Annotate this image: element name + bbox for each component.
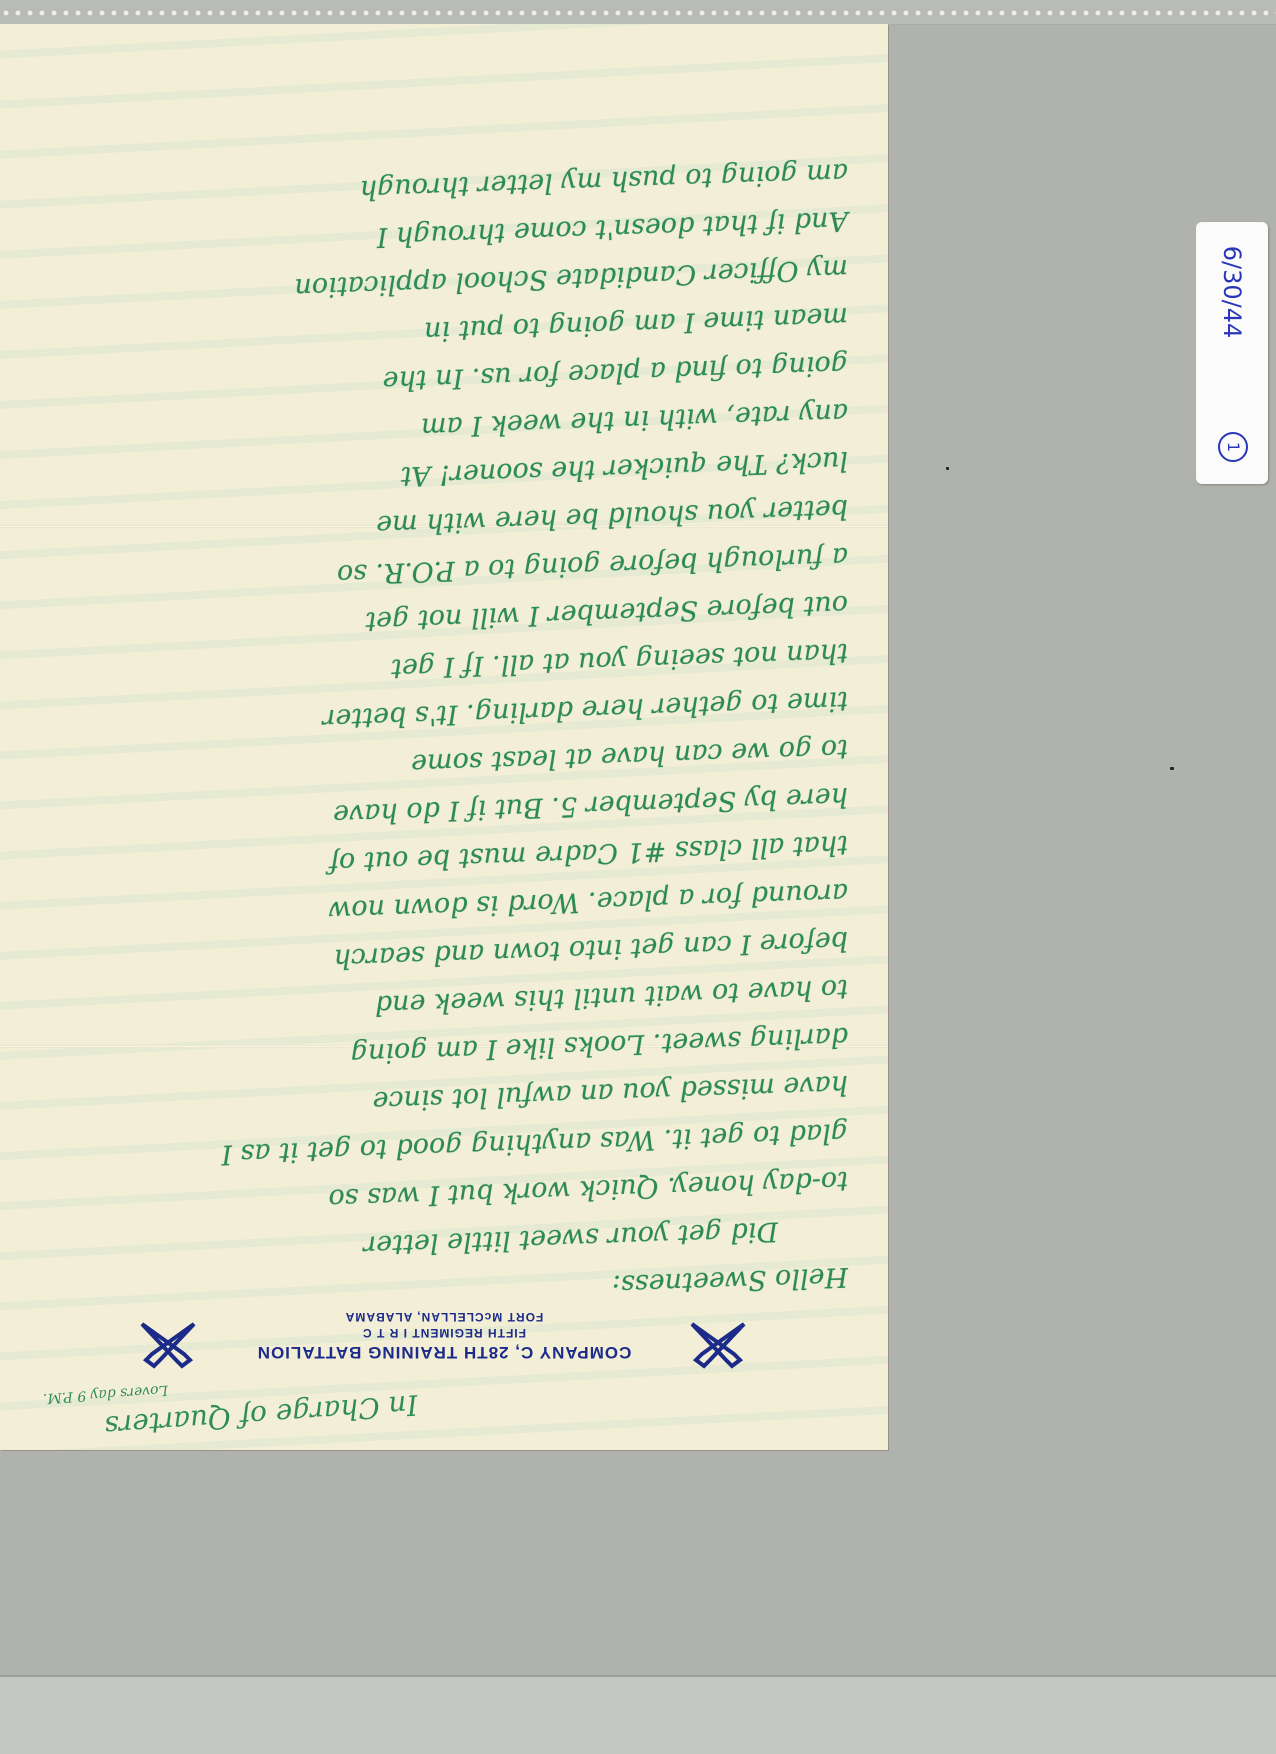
scanner-bottom-strip [0,1675,1276,1754]
upside-down-letter-content: In Charge of Quarters Lovers day 9 P.M. … [0,24,888,1450]
scan-dust-speck [946,467,949,470]
letterhead-regiment: FIFTH REGIMENT I R T C [0,1326,888,1340]
letterhead-company: COMPANY C, 28TH TRAINING BATTALION [0,1342,888,1362]
letter-page: In Charge of Quarters Lovers day 9 P.M. … [0,24,888,1450]
crossed-rifles-icon [136,1318,200,1374]
archive-date-label: 6/30/44 1 [1196,222,1268,484]
scanner-top-strip [0,0,1276,25]
letter-body: Hello Sweetness: Did get your sweet litt… [18,148,848,1300]
perforation-edge [0,10,1276,16]
scan-dust-speck [1170,767,1174,770]
label-date: 6/30/44 [1218,246,1246,339]
label-page-number: 1 [1218,432,1248,462]
